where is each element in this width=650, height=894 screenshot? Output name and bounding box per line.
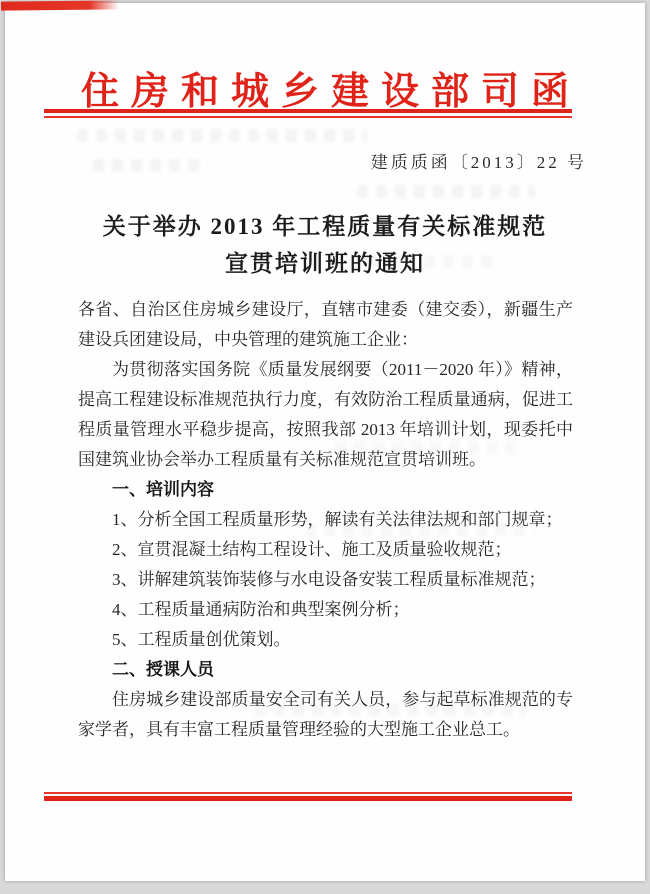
list-item: 3、讲解建筑装饰装修与水电设备安装工程质量标准规范； (78, 565, 573, 595)
scan-red-streak-artifact (1, 0, 119, 10)
rule-thin-line (44, 116, 572, 118)
document-title-line1: 关于举办 2013 年工程质量有关标准规范 (5, 208, 645, 245)
list-item: 5、工程质量创优策划。 (78, 625, 573, 655)
rule-thick-line (44, 796, 572, 801)
section2-paragraph: 住房城乡建设部质量安全司有关人员，参与起草标准规范的专家学者，具有丰富工程质量管… (78, 685, 573, 745)
ink-bleed-artifact (93, 159, 208, 172)
letterhead-title: 住房和城乡建设部司函 (5, 60, 645, 115)
document-body: 各省、自治区住房城乡建设厅，直辖市建委（建交委），新疆生产建设兵团建设局，中央管… (78, 295, 573, 745)
letterhead-double-rule (44, 109, 572, 118)
document-title-line2: 宣贯培训班的通知 (5, 245, 645, 282)
salutation-paragraph: 各省、自治区住房城乡建设厅，直辖市建委（建交委），新疆生产建设兵团建设局，中央管… (78, 295, 573, 355)
ink-bleed-artifact (77, 129, 367, 142)
intro-paragraph: 为贯彻落实国务院《质量发展纲要（2011－2020 年）》精神，提高工程建设标准… (78, 355, 573, 475)
scanned-document-background: { "document": { "letterhead": "住房和城乡建设部司… (0, 0, 650, 894)
section1-heading: 一、培训内容 (78, 475, 573, 505)
document-reference-number: 建质质函〔2013〕22 号 (371, 148, 587, 173)
ink-bleed-artifact (357, 185, 535, 198)
footer-double-rule (44, 792, 572, 801)
list-item: 2、宣贯混凝土结构工程设计、施工及质量验收规范； (78, 535, 573, 565)
rule-thin-line (44, 792, 572, 794)
list-item: 4、工程质量通病防治和典型案例分析； (78, 595, 573, 625)
document-title: 关于举办 2013 年工程质量有关标准规范 宣贯培训班的通知 (5, 208, 645, 282)
document-page: 住房和城乡建设部司函 建质质函〔2013〕22 号 关于举办 2013 年工程质… (5, 3, 645, 881)
section2-heading: 二、授课人员 (78, 655, 573, 685)
list-item: 1、分析全国工程质量形势，解读有关法律法规和部门规章； (78, 505, 573, 535)
rule-thick-line (44, 109, 572, 113)
